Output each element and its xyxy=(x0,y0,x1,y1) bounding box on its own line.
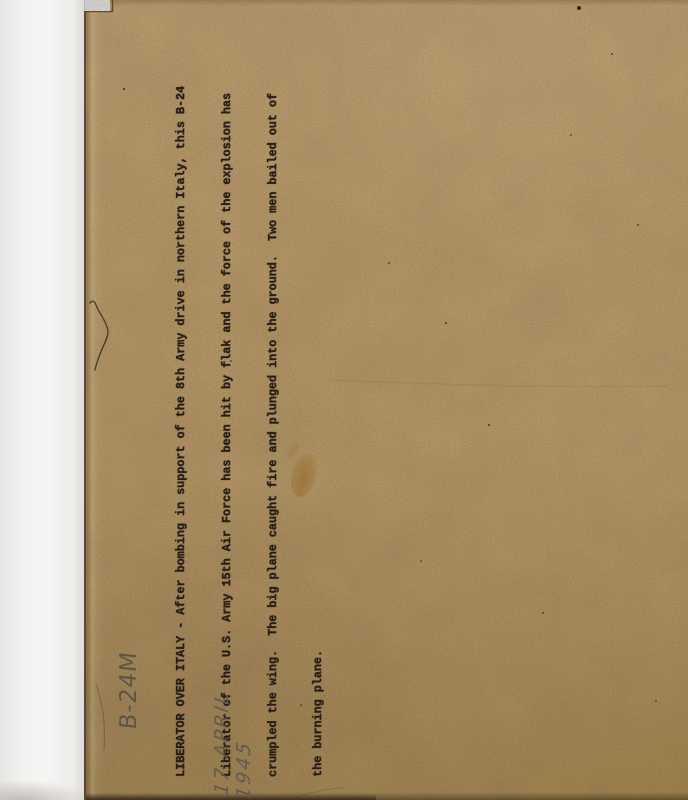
speck xyxy=(637,224,639,226)
speck xyxy=(388,262,390,264)
typed-caption: LIBERATOR OVER ITALY - After bombing in … xyxy=(144,67,206,777)
speck xyxy=(420,560,422,562)
paper-corner-notch-edge xyxy=(86,0,118,16)
caption-line-1: LIBERATOR OVER ITALY - After bombing in … xyxy=(174,67,189,777)
crease-bottom-left xyxy=(90,682,114,754)
speck xyxy=(655,700,657,702)
paper-top-edge-shading xyxy=(86,0,688,6)
speck xyxy=(300,704,302,706)
speck xyxy=(542,612,544,614)
speck xyxy=(123,88,125,90)
speck xyxy=(445,322,447,324)
scanner-bottom-shadow xyxy=(0,766,85,800)
crease-bottom-center xyxy=(293,784,345,800)
speck xyxy=(611,53,613,55)
crease-faint-horizontal xyxy=(330,360,670,420)
scanned-photo-back: LIBERATOR OVER ITALY - After bombing in … xyxy=(0,0,688,800)
pencil-squiggle-mark xyxy=(85,299,115,377)
speck xyxy=(176,246,178,248)
paper-left-edge-shading xyxy=(86,0,104,800)
pencil-note-date: 17 APRIL 1945 xyxy=(211,633,239,798)
speck xyxy=(230,360,232,362)
speck xyxy=(570,134,572,136)
speck xyxy=(488,424,490,426)
scanner-background-strip xyxy=(0,0,85,800)
caption-line-4: the burning plane. xyxy=(311,67,326,777)
speck xyxy=(577,6,581,10)
pencil-note-model: B-24M xyxy=(116,618,146,731)
caption-line-3: crumpled the wing. The big plane caught … xyxy=(266,67,281,777)
